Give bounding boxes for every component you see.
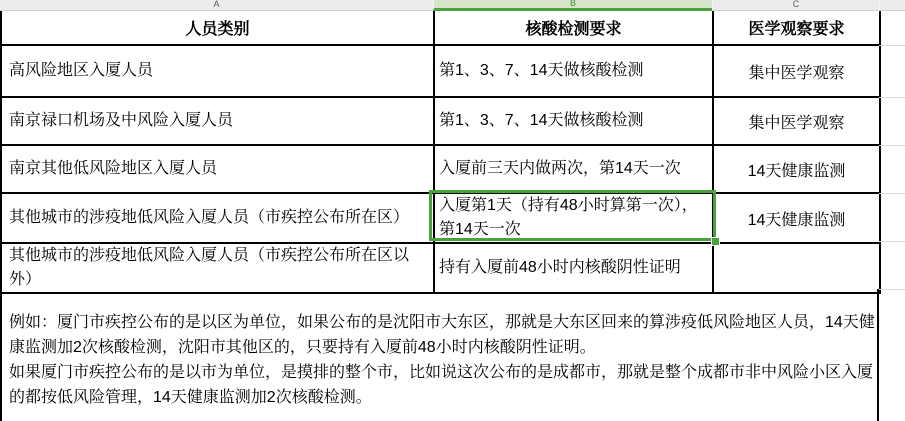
table-row: 南京其他低风险地区入厦人员 入厦前三天内做两次，第14天一次 14天健康监测	[1, 145, 880, 193]
cell-a6-category[interactable]: 其他城市的涉疫地低风险入厦人员（市疾控公布所在区以外）	[1, 243, 434, 293]
cell-c6-observation[interactable]	[713, 243, 880, 293]
cell-a1-header-category[interactable]: 人员类别	[1, 11, 434, 45]
sheet-gridline	[879, 289, 905, 290]
cell-c5-observation[interactable]: 14天健康监测	[713, 193, 880, 243]
sheet-gridline	[879, 145, 905, 146]
cell-b5-nucleic-selected[interactable]: 入厦第1天（持有48小时算第一次），第14天一次	[434, 193, 713, 243]
cell-b6-nucleic[interactable]: 持有入厦前48小时内核酸阴性证明	[434, 243, 713, 293]
note-paragraph-2: 如果厦门市疾控公布的是以市为单位，是摸排的整个市，比如说这次公布的是成都市，那就…	[9, 360, 876, 410]
table-row: 其他城市的涉疫地低风险入厦人员（市疾控公布所在区以外） 持有入厦前48小时内核酸…	[1, 243, 880, 293]
cell-a4-category[interactable]: 南京其他低风险地区入厦人员	[1, 145, 434, 193]
cell-b2-nucleic[interactable]: 第1、3、7、14天做核酸检测	[434, 45, 713, 97]
cell-a3-category[interactable]: 南京禄口机场及中风险入厦人员	[1, 97, 434, 145]
sheet-gridline	[879, 97, 905, 98]
spreadsheet-viewport: A B C 人员类别 核酸检测要求 医学观察要求 高风险地区入厦人员 第1、3、…	[0, 0, 905, 421]
column-header-strip: A B C	[0, 0, 905, 11]
cell-c2-observation[interactable]: 集中医学观察	[713, 45, 880, 97]
table-row: 南京禄口机场及中风险入厦人员 第1、3、7、14天做核酸检测 集中医学观察	[1, 97, 880, 145]
column-header-a[interactable]: A	[0, 0, 433, 11]
cell-c3-observation[interactable]: 集中医学观察	[713, 97, 880, 145]
sheet-gridline	[879, 241, 905, 242]
sheet-gridline	[879, 193, 905, 194]
cell-b3-nucleic[interactable]: 第1、3、7、14天做核酸检测	[434, 97, 713, 145]
fill-handle[interactable]	[711, 237, 720, 246]
sheet-gridline	[879, 45, 905, 46]
table-header-row: 人员类别 核酸检测要求 医学观察要求	[1, 11, 880, 45]
cell-a2-category[interactable]: 高风险地区入厦人员	[1, 45, 434, 97]
table-row: 高风险地区入厦人员 第1、3、7、14天做核酸检测 集中医学观察	[1, 45, 880, 97]
table-row: 其他城市的涉疫地低风险入厦人员（市疾控公布所在区） 入厦第1天（持有48小时算第…	[1, 193, 880, 243]
note-paragraph-1: 例如：厦门市疾控公布的是以区为单位，如果公布的是沈阳市大东区，那就是大东区回来的…	[9, 310, 876, 360]
column-header-overflow	[879, 0, 905, 11]
cell-a5-category[interactable]: 其他城市的涉疫地低风险入厦人员（市疾控公布所在区）	[1, 193, 434, 243]
column-header-b-selected[interactable]: B	[433, 0, 712, 11]
cell-b4-nucleic[interactable]: 入厦前三天内做两次，第14天一次	[434, 145, 713, 193]
cell-c1-header-observation[interactable]: 医学观察要求	[713, 11, 880, 45]
cell-b1-header-nucleic[interactable]: 核酸检测要求	[434, 11, 713, 45]
cell-c4-observation[interactable]: 14天健康监测	[713, 145, 880, 193]
risk-category-table: 人员类别 核酸检测要求 医学观察要求 高风险地区入厦人员 第1、3、7、14天做…	[0, 11, 881, 294]
note-cell[interactable]: 例如：厦门市疾控公布的是以区为单位，如果公布的是沈阳市大东区，那就是大东区回来的…	[0, 289, 879, 421]
column-header-c[interactable]: C	[712, 0, 879, 11]
